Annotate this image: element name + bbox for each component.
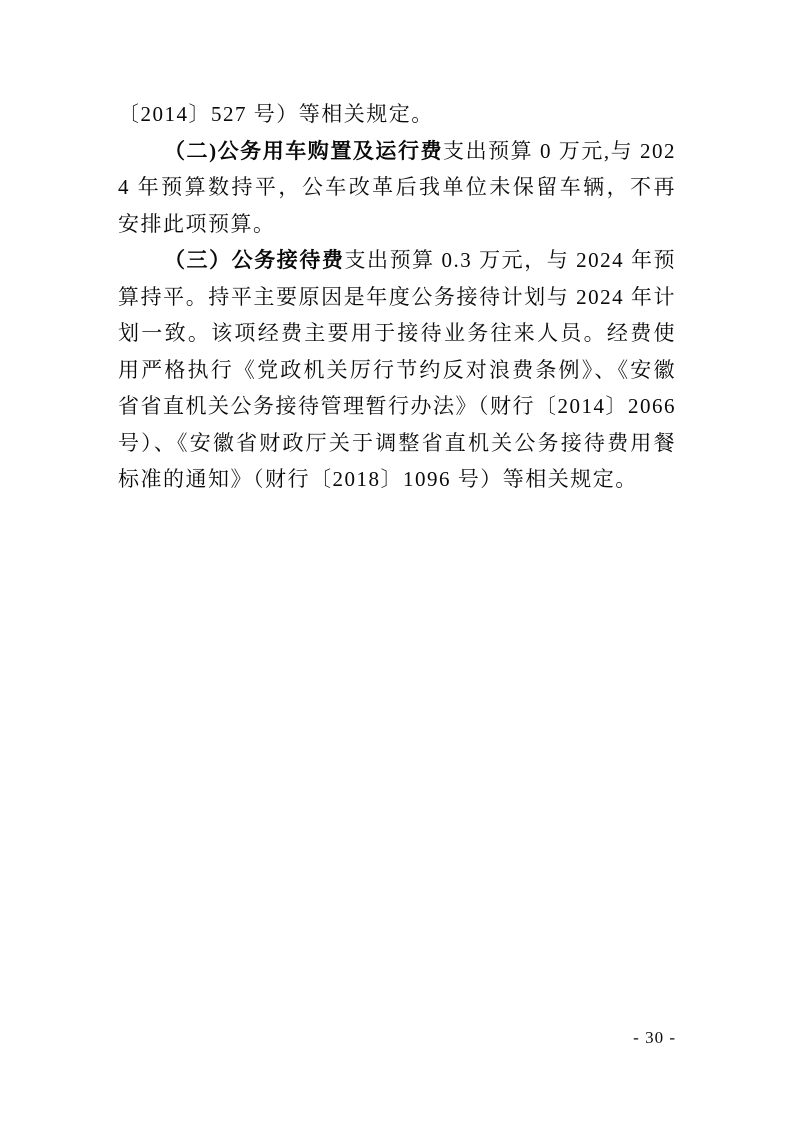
text-run: 支出预算 0.3 万元，与 2024 年预算持平。持平主要原因是年度公务接待计划… <box>118 248 676 491</box>
page-number: - 30 - <box>633 1028 676 1048</box>
text-run: 〔2014〕527 号）等相关规定。 <box>118 102 434 126</box>
bold-text-run: （二)公务用车购置及运行费 <box>164 139 443 163</box>
paragraph-previous-regulation-end: 〔2014〕527 号）等相关规定。 <box>118 96 676 133</box>
paragraph-official-reception-budget: （三）公务接待费支出预算 0.3 万元，与 2024 年预算持平。持平主要原因是… <box>118 242 676 498</box>
bold-text-run: （三）公务接待费 <box>164 248 344 272</box>
paragraph-official-vehicle-budget: （二)公务用车购置及运行费支出预算 0 万元,与 2024 年预算数持平，公车改… <box>118 133 676 243</box>
document-body: 〔2014〕527 号）等相关规定。（二)公务用车购置及运行费支出预算 0 万元… <box>118 96 676 498</box>
document-page: 〔2014〕527 号）等相关规定。（二)公务用车购置及运行费支出预算 0 万元… <box>0 0 793 1122</box>
